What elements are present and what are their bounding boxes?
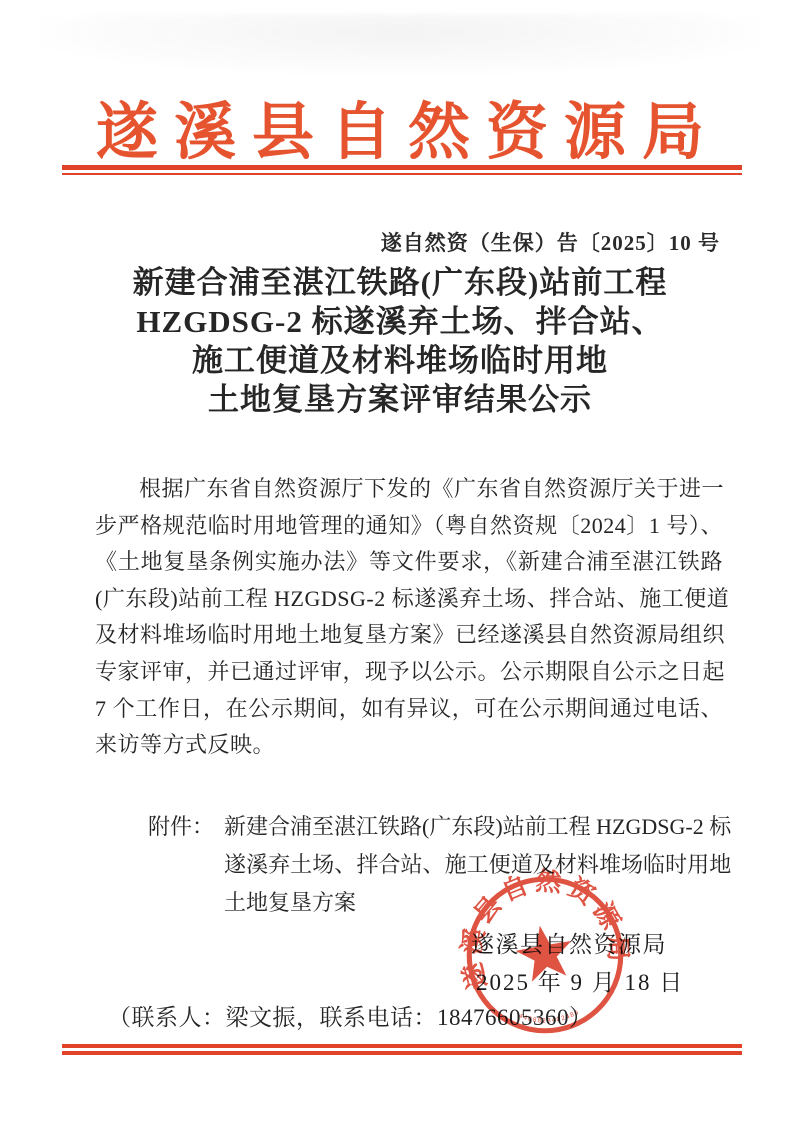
document-number: 遂自然资（生保）告〔2025〕10 号 <box>0 227 720 257</box>
attachment-label: 附件： <box>148 808 214 846</box>
body-line: 步严格规范临时用地管理的通知》（粤自然资规〔2024〕1 号）、 <box>95 508 723 545</box>
attachment-text: 新建合浦至湛江铁路(广东段)站前工程 HZGDSG-2 标 遂溪弃土场、拌合站、… <box>224 808 731 922</box>
attachment-line: 土地复垦方案 <box>224 884 731 922</box>
title-line: 施工便道及材料堆场临时用地 <box>50 341 750 380</box>
signature-date: 2025 年 9 月 18 日 <box>476 964 684 997</box>
body-line: 7 个工作日，在公示期间，如有异议，可在公示期间通过电话、 <box>95 691 723 728</box>
title-line: 新建合浦至湛江铁路(广东段)站前工程 <box>50 263 750 302</box>
letterhead-divider <box>62 165 742 175</box>
body-line: 专家评审，并已通过评审，现予以公示。公示期限自公示之日起 <box>95 654 723 691</box>
contact-line: （联系人：梁文振，联系电话：18476605360） <box>108 999 593 1032</box>
body-paragraph: 根据广东省自然资源厅下发的《广东省自然资源厅关于进一 步严格规范临时用地管理的通… <box>95 471 723 764</box>
body-line: 《土地复垦条例实施办法》等文件要求，《新建合浦至湛江铁路 <box>95 544 723 581</box>
title-line: HZGDSG-2 标遂溪弃土场、拌合站、 <box>50 302 750 341</box>
body-line: 根据广东省自然资源厅下发的《广东省自然资源厅关于进一 <box>95 471 723 508</box>
footer-divider <box>62 1044 742 1055</box>
footer-line-2 <box>62 1051 742 1055</box>
agency-letterhead: 遂溪县自然资源局 <box>0 82 800 171</box>
attachment-line: 新建合浦至湛江铁路(广东段)站前工程 HZGDSG-2 标 <box>224 808 731 846</box>
scan-noise-smudge <box>40 14 760 74</box>
title-line: 土地复垦方案评审结果公示 <box>50 380 750 419</box>
divider-thick-line <box>62 165 742 170</box>
document-title: 新建合浦至湛江铁路(广东段)站前工程 HZGDSG-2 标遂溪弃土场、拌合站、 … <box>50 263 750 419</box>
document-page: 遂溪县自然资源局 遂自然资（生保）告〔2025〕10 号 新建合浦至湛江铁路(广… <box>0 0 800 1131</box>
body-line: 及材料堆场临时用地土地复垦方案》已经遂溪县自然资源局组织 <box>95 617 723 654</box>
attachment-section: 附件： 新建合浦至湛江铁路(广东段)站前工程 HZGDSG-2 标 遂溪弃土场、… <box>148 808 722 922</box>
body-line: (广东段)站前工程 HZGDSG-2 标遂溪弃土场、拌合站、施工便道 <box>95 581 723 618</box>
signature-agency: 遂溪县自然资源局 <box>471 926 667 959</box>
divider-thin-line <box>62 173 742 175</box>
footer-line-1 <box>62 1044 742 1048</box>
attachment-line: 遂溪弃土场、拌合站、施工便道及材料堆场临时用地 <box>224 846 731 884</box>
body-line: 来访等方式反映。 <box>95 727 723 764</box>
